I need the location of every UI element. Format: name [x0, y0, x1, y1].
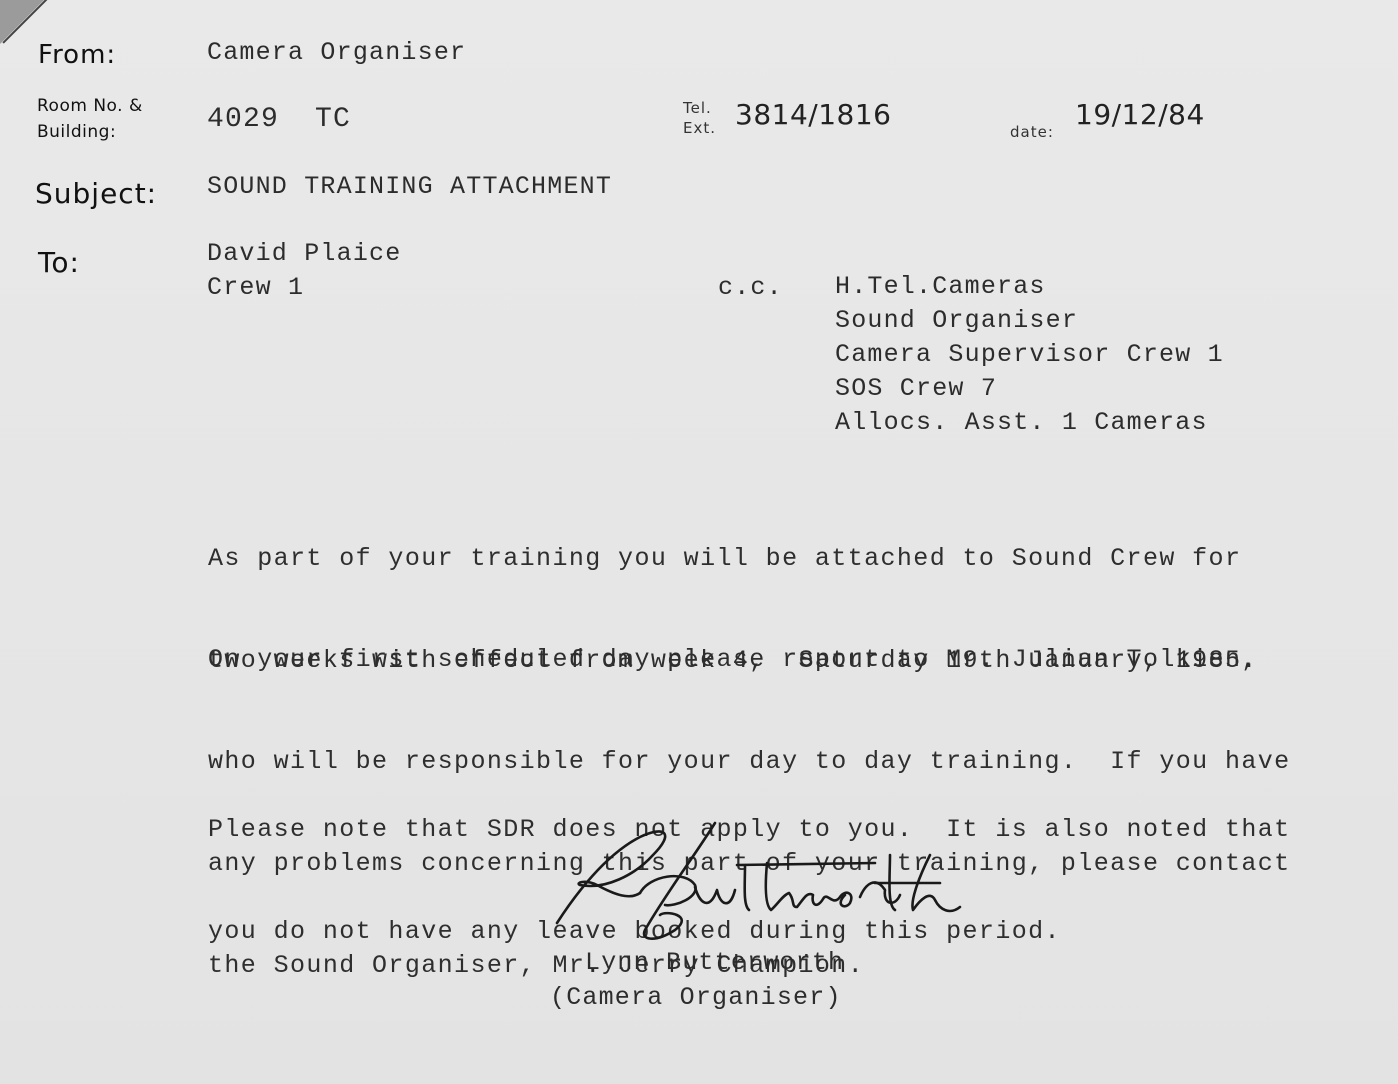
from-value: Camera Organiser	[207, 38, 466, 67]
cc-recipient: Sound Organiser	[835, 304, 1224, 338]
subject-value: SOUND TRAINING ATTACHMENT	[207, 172, 612, 201]
room-label-line1: Room No. &	[37, 93, 143, 119]
tel-value: 3814/1816	[735, 98, 891, 131]
date-value: 19/12/84	[1075, 98, 1205, 131]
cc-label: c.c.	[718, 273, 783, 302]
body-line: As part of your training you will be att…	[208, 542, 1258, 576]
tel-label-line1: Tel.	[683, 98, 716, 118]
tel-label: Tel. Ext.	[683, 98, 716, 138]
to-name: David Plaice	[207, 239, 401, 268]
handwritten-signature	[545, 815, 965, 945]
room-label-line2: Building:	[37, 119, 143, 145]
subject-label: Subject:	[35, 177, 157, 210]
signatory-name: Lynn Butterworth	[585, 948, 844, 977]
cc-recipient: Allocs. Asst. 1 Cameras	[835, 406, 1224, 440]
to-crew: Crew 1	[207, 273, 304, 302]
cc-recipient: SOS Crew 7	[835, 372, 1224, 406]
cc-recipient: Camera Supervisor Crew 1	[835, 338, 1224, 372]
cc-recipient: H.Tel.Cameras	[835, 270, 1224, 304]
room-value: 4029 TC	[207, 104, 351, 135]
room-label: Room No. & Building:	[37, 93, 143, 145]
to-label: To:	[38, 246, 80, 279]
tel-label-line2: Ext.	[683, 118, 716, 138]
memo-paper: From: Camera Organiser Room No. & Buildi…	[0, 0, 1398, 1084]
cc-recipient-list: H.Tel.Cameras Sound Organiser Camera Sup…	[835, 270, 1224, 440]
from-label: From:	[38, 40, 116, 70]
date-label: date:	[1010, 122, 1054, 142]
body-line: On your first scheduled day please repor…	[208, 643, 1291, 677]
signatory-title: (Camera Organiser)	[550, 983, 842, 1012]
